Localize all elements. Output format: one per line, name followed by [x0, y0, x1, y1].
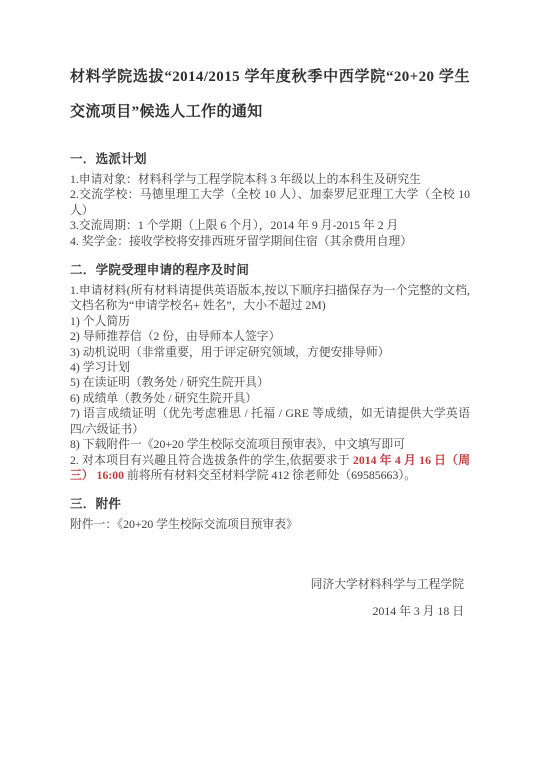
section-selection-plan: 一．选派计划 1.申请对象：材料科学与工程学院本科 3 年级以上的本科生及研究生… [70, 152, 470, 249]
material-item-enrollment-proof: 5) 在读证明（教务处 / 研究生院开具） [70, 375, 470, 390]
section-application-procedure: 二．学院受理申请的程序及时间 1.申请材料(所有材料请提供英语版本,按以下顺序扫… [70, 263, 470, 483]
material-item-resume: 1) 个人简历 [70, 314, 470, 329]
submission-deadline-paragraph: 2. 对本项目有兴趣且符合选拔条件的学生,依据要求于 2014 年 4 月 16… [70, 453, 470, 484]
application-materials-intro: 1.申请材料(所有材料请提供英语版本,按以下顺序扫描保存为一个完整的文档,文档名… [70, 283, 470, 314]
material-item-preliminary-form: 8) 下载附件一《20+20 学生校际交流项目预审表》，中文填写即可 [70, 437, 470, 452]
deadline-text-post: 前将所有材料交至材料学院 412 徐老师处（69585663）。 [124, 468, 416, 482]
material-item-language-proof: 7) 语言成绩证明（优先考虑雅思 / 托福 / GRE 等成绩，如无请提供大学英… [70, 406, 470, 437]
plan-item-schools: 2.交流学校：马德里理工大学（全校 10 人）、加泰罗尼亚理工大学（全校 10 … [70, 187, 470, 218]
plan-item-period: 3.交流周期：1 个学期（上限 6 个月），2014 年 9 月-2015 年 … [70, 218, 470, 233]
material-item-motivation: 3) 动机说明（非常重要，用于评定研究领域，方便安排导师） [70, 345, 470, 360]
deadline-text-pre: 2. 对本项目有兴趣且符合选拔条件的学生,依据要求于 [70, 453, 353, 467]
material-item-transcript: 6) 成绩单（教务处 / 研究生院开具） [70, 391, 470, 406]
notice-title: 材料学院选拔“2014/2015 学年度秋季中西学院“20+20 学生交流项目”… [70, 60, 470, 130]
section-selection-plan-heading: 一．选派计划 [70, 152, 470, 167]
material-item-recommendation: 2) 导师推荐信（2 份，由导师本人签字） [70, 329, 470, 344]
section-attachments-heading: 三．附件 [70, 497, 470, 512]
signature-organization: 同济大学材料科学与工程学院 [70, 577, 464, 592]
plan-item-scholarship: 4. 奖学金：接收学校将安排西班牙留学期间住宿（其余费用自理） [70, 234, 470, 249]
section-attachments: 三．附件 附件一：《20+20 学生校际交流项目预审表》 [70, 497, 470, 532]
attachment-item: 附件一：《20+20 学生校际交流项目预审表》 [70, 517, 470, 532]
material-item-study-plan: 4) 学习计划 [70, 360, 470, 375]
signature-date: 2014 年 3 月 18 日 [70, 604, 464, 619]
signature-block: 同济大学材料科学与工程学院 2014 年 3 月 18 日 [70, 577, 470, 620]
plan-item-applicants: 1.申请对象：材料科学与工程学院本科 3 年级以上的本科生及研究生 [70, 172, 470, 187]
section-application-procedure-heading: 二．学院受理申请的程序及时间 [70, 263, 470, 278]
document-page: 材料学院选拔“2014/2015 学年度秋季中西学院“20+20 学生交流项目”… [0, 0, 542, 768]
